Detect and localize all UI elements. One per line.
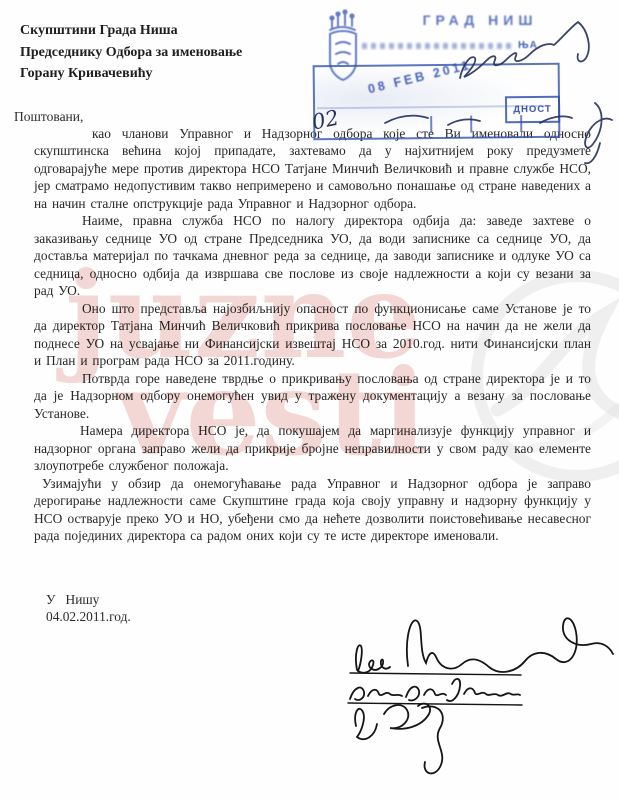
recipient-block: Скупштини Града Ниша Председнику Одбора … [20,20,619,85]
signature-1-name [356,645,390,673]
scanned-letter-page: Скупштини Града Ниша Председнику Одбора … [0,0,619,800]
paragraph-6: Узимајући у обзир да онемогућавање рада … [34,475,591,545]
recipient-line-2: Председнику Одбора за именовање [20,42,619,64]
salutation: Поштовани, [14,109,619,125]
signatures-block [330,606,619,791]
recipient-line-3: Горану Кривачевићу [20,63,619,85]
paragraph-5: Намера директора НСО је, да покушајем да… [34,422,591,475]
paragraph-1: као чланови Управног и Надзорног одбора … [34,125,591,213]
signature-2-underline [348,703,522,705]
recipient-line-1: Скупштини Града Ниша [20,20,619,42]
paragraph-4: Потврда горе наведене тврдње о прикривањ… [34,370,591,423]
paragraph-2: Наиме, правна служба НСО по налогу дирек… [34,212,591,300]
signature-3-flourish [355,704,443,774]
place-date-block: У Нишу 04.02.2011.год. [46,591,619,626]
letter-body: Скупштини Града Ниша Председнику Одбора … [0,20,619,626]
date-line: 04.02.2011.год. [46,608,619,626]
signature-2-name [350,679,520,701]
place-line: У Нишу [46,591,619,609]
signature-1-flourish [407,618,613,672]
signature-1-underline [350,673,521,675]
paragraph-3: Оно што представља најозбиљнију опасност… [34,300,591,370]
